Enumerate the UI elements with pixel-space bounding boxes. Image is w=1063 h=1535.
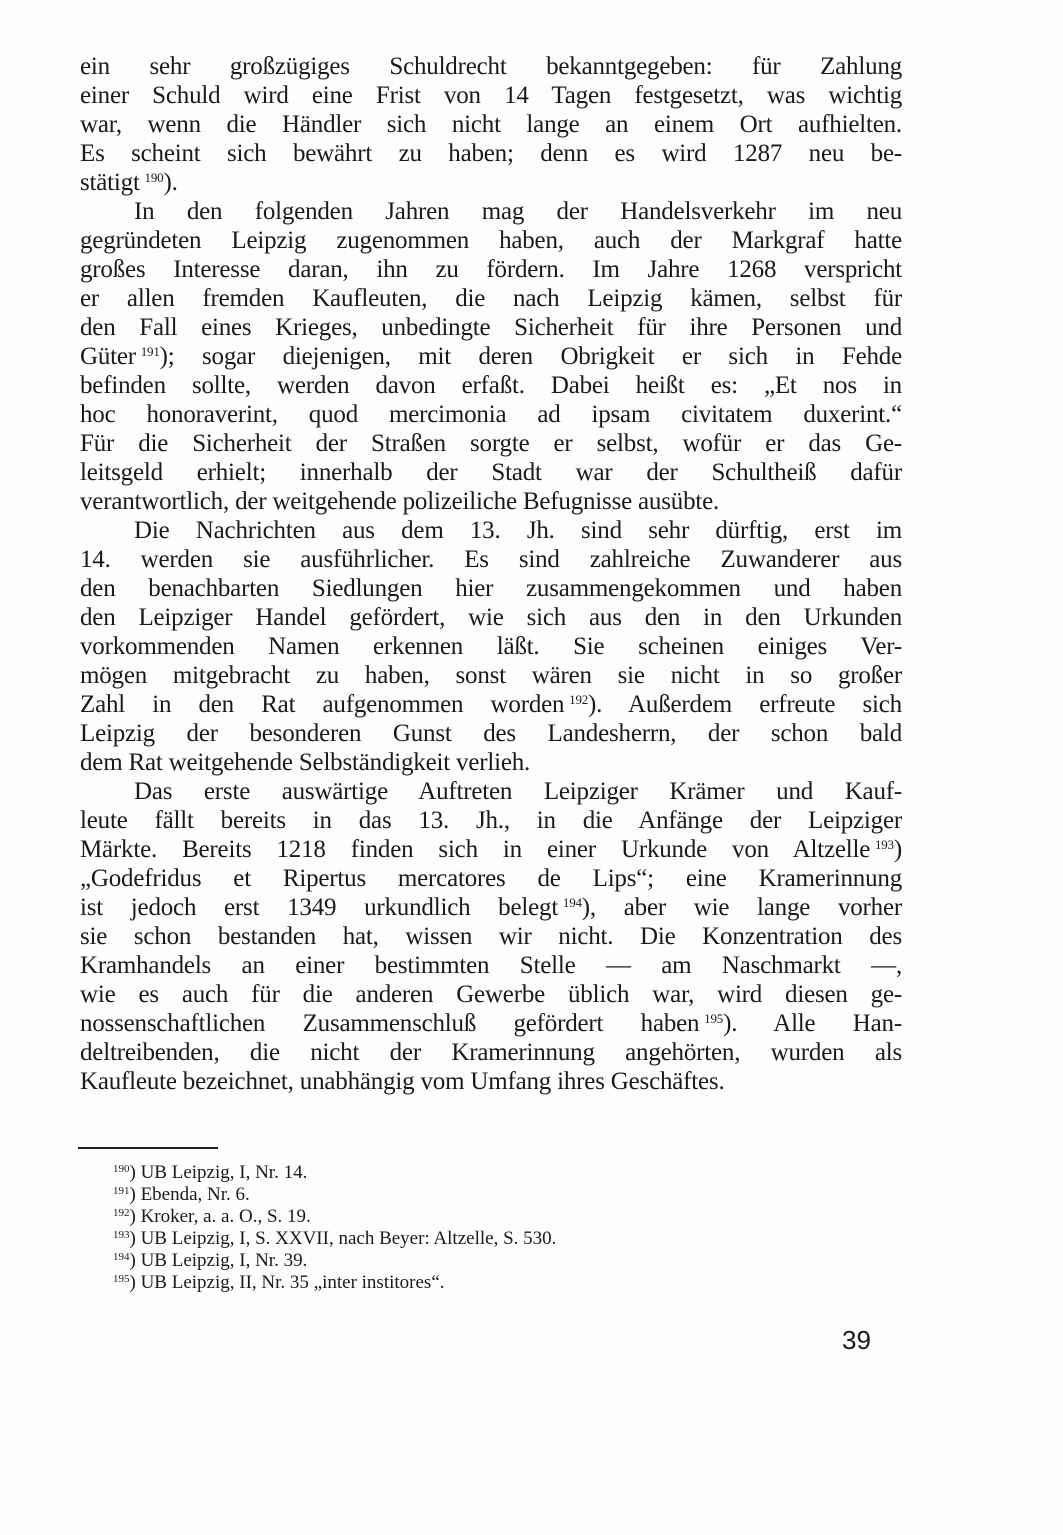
body-text: ein sehr großzügiges Schuldrecht bekannt…	[80, 52, 902, 1096]
text-line: wie es auch für die anderen Gewerbe übli…	[80, 980, 902, 1009]
text-line: ein sehr großzügiges Schuldrecht bekannt…	[80, 52, 902, 81]
text-line: den Fall eines Krieges, unbedingte Siche…	[80, 313, 902, 342]
text-line: großes Interesse daran, ihn zu fördern. …	[80, 255, 902, 284]
footnotes: 190) UB Leipzig, I, Nr. 14.191) Ebenda, …	[113, 1162, 873, 1294]
text-line: ist jedoch erst 1349 urkundlich belegt 1…	[80, 893, 902, 922]
line-text: deltreibenden, die nicht der Kramerinnun…	[80, 1039, 902, 1066]
line-text: stätigt	[80, 169, 140, 196]
footnote: 192) Kroker, a. a. O., S. 19.	[113, 1206, 873, 1228]
text-line: stätigt 190).	[80, 168, 902, 197]
text-line: Es scheint sich bewährt zu haben; denn e…	[80, 139, 902, 168]
footnote-text: UB Leipzig, I, Nr. 39.	[141, 1250, 308, 1271]
text-line: nossenschaftlichen Zusammenschluß geförd…	[80, 1009, 902, 1038]
footnote: 195) UB Leipzig, II, Nr. 35 „inter insti…	[113, 1272, 873, 1294]
line-text: leute fällt bereits in das 13. Jh., in d…	[80, 807, 902, 834]
text-line: einer Schuld wird eine Frist von 14 Tage…	[80, 81, 902, 110]
line-text: Es scheint sich bewährt zu haben; denn e…	[80, 140, 902, 167]
line-text: mögen mitgebracht zu haben, sonst wären …	[80, 662, 902, 689]
footnote-reference[interactable]: 195	[704, 1011, 723, 1026]
line-text-after: ). Außerdem erfreute sich	[588, 691, 902, 718]
line-text: den Fall eines Krieges, unbedingte Siche…	[80, 314, 902, 341]
text-line: leute fällt bereits in das 13. Jh., in d…	[80, 806, 902, 835]
line-text: hoc honoraverint, quod mercimonia ad ips…	[80, 401, 902, 428]
line-text-after: ), aber wie lange vorher	[582, 894, 902, 921]
text-line: Kramhandels an einer bestimmten Stelle —…	[80, 951, 902, 980]
line-text: Für die Sicherheit der Straßen sorgte er…	[80, 430, 902, 457]
text-line: Märkte. Bereits 1218 finden sich in eine…	[80, 835, 902, 864]
line-text: Kramhandels an einer bestimmten Stelle —…	[80, 952, 902, 979]
document-page: ein sehr großzügiges Schuldrecht bekannt…	[0, 0, 1063, 1535]
text-line: Zahl in den Rat aufgenommen worden 192).…	[80, 690, 902, 719]
footnote-text: UB Leipzig, I, Nr. 14.	[141, 1162, 308, 1183]
footnote-reference[interactable]: 193	[875, 837, 894, 852]
footnote-number: 191	[113, 1185, 130, 1197]
footnote-text: UB Leipzig, II, Nr. 35 „inter institores…	[141, 1272, 445, 1293]
paragraph: Die Nachrichten aus dem 13. Jh. sind seh…	[80, 516, 902, 777]
line-text: großes Interesse daran, ihn zu fördern. …	[80, 256, 902, 283]
line-text-after: ). Alle Han-	[723, 1010, 902, 1037]
line-text: Die Nachrichten aus dem 13. Jh. sind seh…	[134, 517, 902, 544]
line-text: Zahl in den Rat aufgenommen worden	[80, 691, 564, 718]
line-text: 14. werden sie ausführlicher. Es sind za…	[80, 546, 902, 573]
footnote-text: Ebenda, Nr. 6.	[141, 1184, 250, 1205]
line-text: war, wenn die Händler sich nicht lange a…	[80, 111, 902, 138]
footnote-number: 193	[113, 1229, 130, 1241]
footnote: 191) Ebenda, Nr. 6.	[113, 1184, 873, 1206]
line-text: einer Schuld wird eine Frist von 14 Tage…	[80, 82, 902, 109]
text-line: Für die Sicherheit der Straßen sorgte er…	[80, 429, 902, 458]
footnote-text: UB Leipzig, I, S. XXVII, nach Beyer: Alt…	[141, 1228, 557, 1249]
line-text: dem Rat weitgehende Selbständigkeit verl…	[80, 749, 530, 776]
text-line: den Leipziger Handel gefördert, wie sich…	[80, 603, 902, 632]
line-text: gegründeten Leipzig zugenommen haben, au…	[80, 227, 902, 254]
paragraph: Das erste auswärtige Auftreten Leipziger…	[80, 777, 902, 1096]
paragraph: ein sehr großzügiges Schuldrecht bekannt…	[80, 52, 902, 197]
line-text: vorkommenden Namen erkennen läßt. Sie sc…	[80, 633, 902, 660]
text-line: gegründeten Leipzig zugenommen haben, au…	[80, 226, 902, 255]
line-text: sie schon bestanden hat, wissen wir nich…	[80, 923, 902, 950]
paragraph: In den folgenden Jahren mag der Handelsv…	[80, 197, 902, 516]
footnote-divider	[78, 1147, 218, 1149]
line-text-after: )	[894, 836, 902, 863]
text-line: leitsgeld erhielt; innerhalb der Stadt w…	[80, 458, 902, 487]
line-text: leitsgeld erhielt; innerhalb der Stadt w…	[80, 459, 902, 486]
text-line: deltreibenden, die nicht der Kramerinnun…	[80, 1038, 902, 1067]
text-line: dem Rat weitgehende Selbständigkeit verl…	[80, 748, 902, 777]
text-line: er allen fremden Kaufleuten, die nach Le…	[80, 284, 902, 313]
text-line: den benachbarten Siedlungen hier zusamme…	[80, 574, 902, 603]
line-text: Das erste auswärtige Auftreten Leipziger…	[134, 778, 902, 805]
footnote-reference[interactable]: 194	[563, 895, 582, 910]
line-text: Kaufleute bezeichnet, unabhängig vom Umf…	[80, 1068, 725, 1095]
text-line: verantwortlich, der weitgehende polizeil…	[80, 487, 902, 516]
text-line: Die Nachrichten aus dem 13. Jh. sind seh…	[80, 516, 902, 545]
text-line: war, wenn die Händler sich nicht lange a…	[80, 110, 902, 139]
line-text-after: ); sogar diejenigen, mit deren Obrigkeit…	[160, 343, 902, 370]
footnote-number: 194	[113, 1251, 130, 1263]
text-line: Kaufleute bezeichnet, unabhängig vom Umf…	[80, 1067, 902, 1096]
footnote: 194) UB Leipzig, I, Nr. 39.	[113, 1250, 873, 1272]
text-line: Leipzig der besonderen Gunst des Landesh…	[80, 719, 902, 748]
page-number: 39	[842, 1325, 871, 1356]
line-text: befinden sollte, werden davon erfaßt. Da…	[80, 372, 902, 399]
line-text: „Godefridus et Ripertus mercatores de Li…	[80, 865, 902, 892]
text-line: „Godefridus et Ripertus mercatores de Li…	[80, 864, 902, 893]
footnote: 193) UB Leipzig, I, S. XXVII, nach Beyer…	[113, 1228, 873, 1250]
line-text: er allen fremden Kaufleuten, die nach Le…	[80, 285, 902, 312]
line-text: Märkte. Bereits 1218 finden sich in eine…	[80, 836, 870, 863]
line-text: In den folgenden Jahren mag der Handelsv…	[134, 198, 902, 225]
footnote-number: 195	[113, 1273, 130, 1285]
text-line: mögen mitgebracht zu haben, sonst wären …	[80, 661, 902, 690]
line-text: den benachbarten Siedlungen hier zusamme…	[80, 575, 902, 602]
line-text: wie es auch für die anderen Gewerbe übli…	[80, 981, 902, 1008]
line-text: Güter	[80, 343, 136, 370]
line-text: verantwortlich, der weitgehende polizeil…	[80, 488, 719, 515]
text-line: sie schon bestanden hat, wissen wir nich…	[80, 922, 902, 951]
line-text-after: ).	[163, 169, 177, 196]
line-text: nossenschaftlichen Zusammenschluß geförd…	[80, 1010, 699, 1037]
line-text: Leipzig der besonderen Gunst des Landesh…	[80, 720, 902, 747]
line-text: ein sehr großzügiges Schuldrecht bekannt…	[80, 53, 902, 80]
line-text: ist jedoch erst 1349 urkundlich belegt	[80, 894, 558, 921]
text-line: Das erste auswärtige Auftreten Leipziger…	[80, 777, 902, 806]
footnote-text: Kroker, a. a. O., S. 19.	[141, 1206, 311, 1227]
text-line: hoc honoraverint, quod mercimonia ad ips…	[80, 400, 902, 429]
text-line: 14. werden sie ausführlicher. Es sind za…	[80, 545, 902, 574]
footnote-reference[interactable]: 191	[141, 344, 160, 359]
text-line: befinden sollte, werden davon erfaßt. Da…	[80, 371, 902, 400]
line-text: den Leipziger Handel gefördert, wie sich…	[80, 604, 902, 631]
footnote-reference[interactable]: 192	[569, 692, 588, 707]
footnote-number: 192	[113, 1207, 130, 1219]
text-line: Güter 191); sogar diejenigen, mit deren …	[80, 342, 902, 371]
footnote-reference[interactable]: 190	[145, 170, 164, 185]
text-line: vorkommenden Namen erkennen läßt. Sie sc…	[80, 632, 902, 661]
text-line: In den folgenden Jahren mag der Handelsv…	[80, 197, 902, 226]
footnote-number: 190	[113, 1163, 130, 1175]
footnote: 190) UB Leipzig, I, Nr. 14.	[113, 1162, 873, 1184]
